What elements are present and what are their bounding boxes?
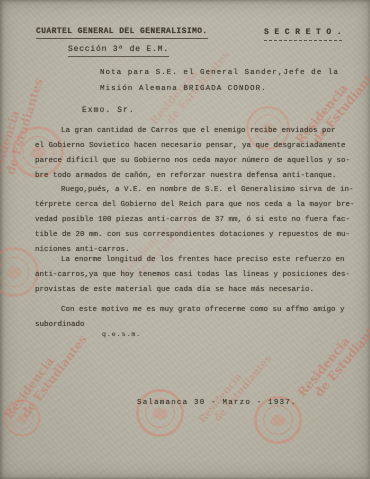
- letterhead-section: Sección 3ª de E.M.: [68, 45, 169, 57]
- letterhead-office: CUARTEL GENERAL DEL GENERALISIMO.: [36, 27, 208, 39]
- place-date-line: Salamanca 30 - Marzo - 1937.: [137, 399, 297, 407]
- body-paragraph-2: Ruego,pués, a V.E. en nombre de S.E. el …: [35, 183, 363, 258]
- watermark-text: Residencia: [2, 354, 57, 421]
- round-archive-stamp-icon: [134, 387, 186, 439]
- body-paragraph-4: Con este motivo me es muy grato ofrecerm…: [35, 303, 363, 333]
- signature-abbreviation: q.e.s.m.: [102, 331, 141, 338]
- body-paragraph-1: La gran cantidad de Carros que el enemig…: [35, 124, 363, 184]
- watermark-text: de Estudiantes: [213, 354, 275, 425]
- body-paragraph-3: La enorme longitud de los frentes hace p…: [35, 253, 363, 298]
- classification-secret-label: S E C R E T O .: [264, 28, 342, 41]
- watermark-text: de Estudiantes: [19, 333, 89, 420]
- archive-watermark: Residenciade Estudiantes: [197, 347, 274, 433]
- archive-watermark: Residenciade Estudiantes: [2, 325, 89, 429]
- round-archive-stamp-icon: [2, 398, 42, 438]
- watermark-text: Residencia: [295, 334, 353, 399]
- addressee-block: Nota para S.E. el General Sander,Jefe de…: [100, 65, 339, 97]
- salutation: Exmo. Sr.: [82, 107, 135, 115]
- watermark-text: Residencia: [0, 109, 22, 183]
- document-scan: Residenciade Estudiantes Residenciade Es…: [0, 0, 370, 479]
